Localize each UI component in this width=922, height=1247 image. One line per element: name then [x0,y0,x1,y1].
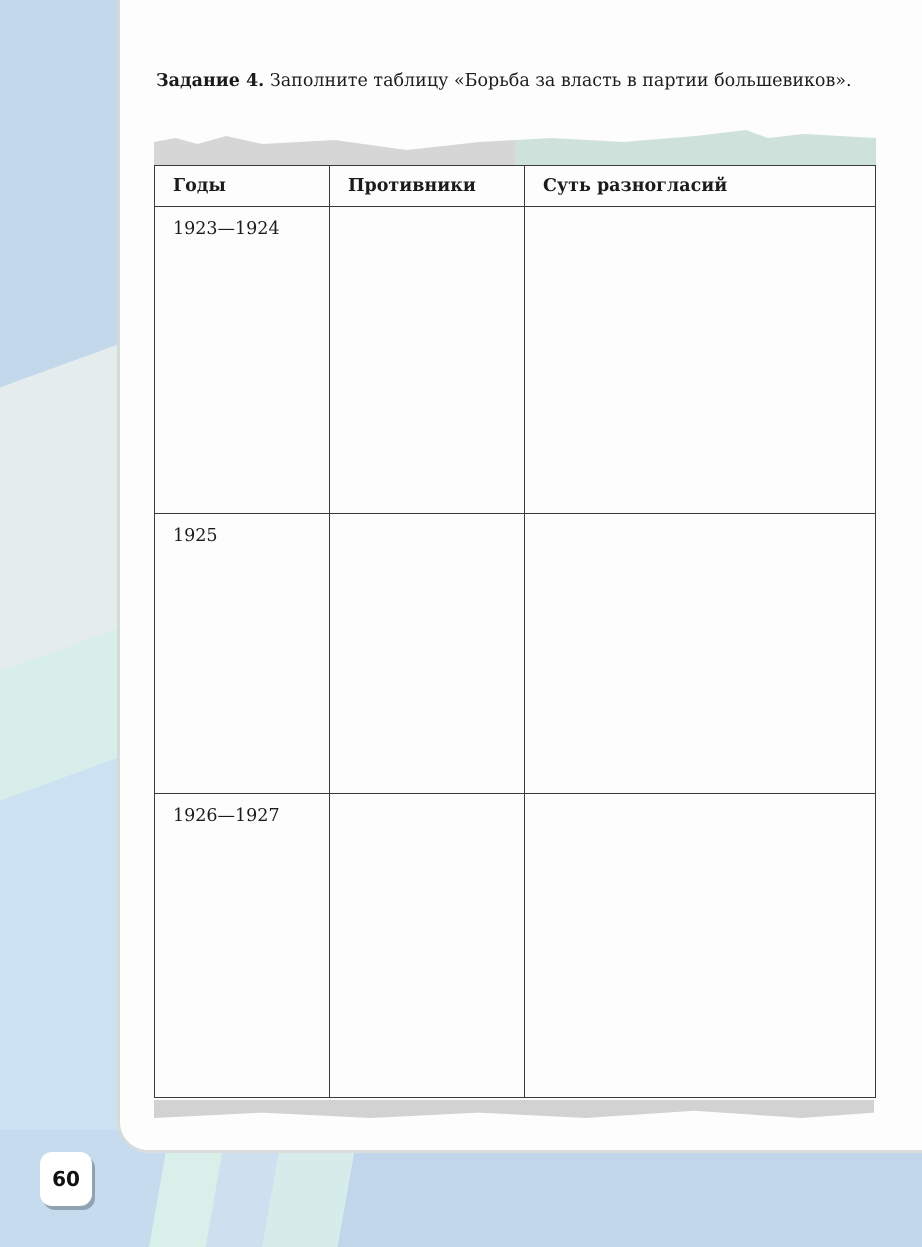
cell-years: 1925 [155,514,330,793]
cell-years: 1923—1924 [155,207,330,514]
cell-opponents[interactable] [330,207,525,514]
background-decoration [0,0,122,1247]
cell-essence[interactable] [525,207,876,514]
cell-essence[interactable] [525,514,876,793]
header-essence: Суть разногласий [525,166,876,207]
cell-opponents[interactable] [330,793,525,1097]
table-row: 1926—1927 [155,793,876,1097]
cell-opponents[interactable] [330,514,525,793]
page-number: 60 [40,1152,92,1206]
task-text: Заполните таблицу «Борьба за власть в па… [270,71,852,91]
task-instruction: Задание 4. Заполните таблицу «Борьба за … [156,68,876,94]
table-row: 1925 [155,514,876,793]
cell-essence[interactable] [525,793,876,1097]
table-header-row: Годы Противники Суть разногласий [155,166,876,207]
table-row: 1923—1924 [155,207,876,514]
worksheet-table: Годы Противники Суть разногласий 1923—19… [154,165,876,1098]
cell-years: 1926—1927 [155,793,330,1097]
header-years: Годы [155,166,330,207]
task-label: Задание 4. [156,71,264,91]
header-opponents: Противники [330,166,525,207]
